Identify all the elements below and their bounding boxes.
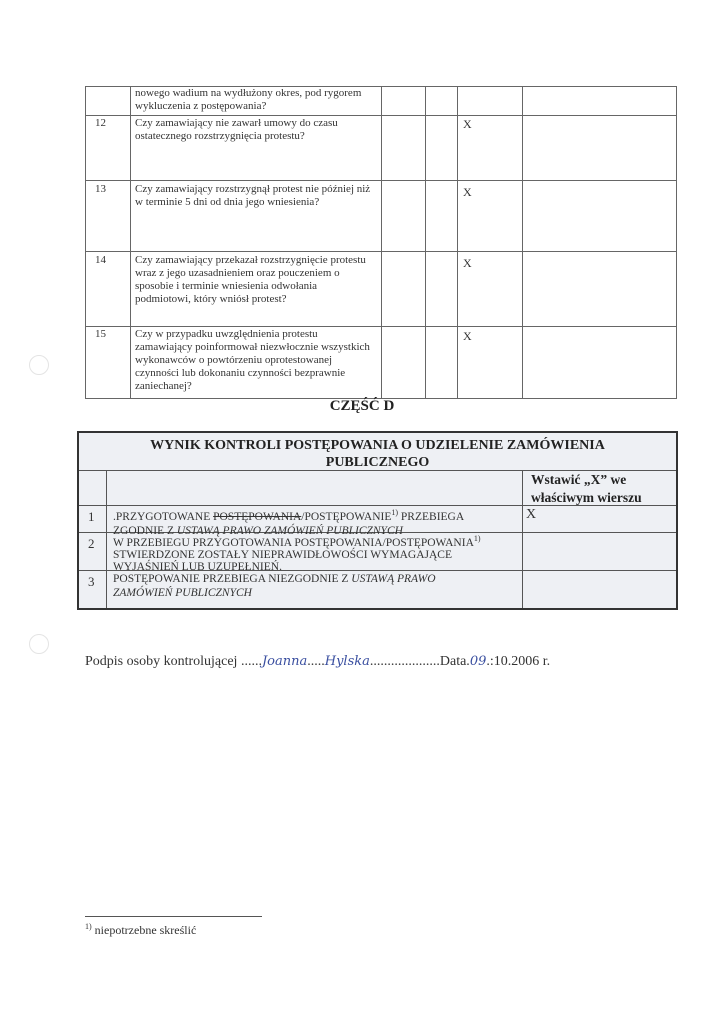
row-number: 14 [95,254,106,267]
law-name: ZAMÓWIEŃ PUBLICZNYCH [113,587,252,599]
question-text: Czy zamawiający rozstrzygnął protest nie… [135,183,380,209]
signature-line: Podpis osoby kontrolującej ......Joanna.… [85,654,550,670]
dots: ...... [241,654,262,669]
text: POSTĘPOWANIE PRZEBIEGA NIEZGODNIE Z [113,573,351,585]
row-number: 15 [95,328,106,341]
date-label: Data. [440,654,470,669]
answer-mark: X [526,507,536,523]
answer-header-line1: Wstawić „X” we [531,471,642,489]
question-text: Czy w przypadku uwzględnienia protestu z… [135,328,370,393]
question-text: Czy zamawiający przekazał rozstrzygnięci… [135,254,375,306]
footnote-marker: 1) [85,922,92,931]
signature-label: Podpis osoby kontrolującej [85,654,241,669]
punch-hole [29,355,49,375]
handwritten-day: 09 [470,654,487,669]
answer-mark: X [463,330,472,343]
question-text: Czy zamawiający nie zawarł umowy do czas… [135,117,380,143]
text: PRZEBIEGA [398,511,464,523]
control-result-table: WYNIK KONTROLI POSTĘPOWANIA O UDZIELENIE… [77,431,678,610]
answer-mark: X [463,118,472,131]
footnote-ref: 1) [474,534,481,543]
dots: .................... [370,654,440,669]
dots: ..... [307,654,325,669]
punch-hole [29,634,49,654]
footnote: 1) niepotrzebne skreślić [85,922,196,938]
text: W PRZEBIEGU PRZYGOTOWANIA POSTĘPOWANIA/P… [113,537,474,549]
answer-column-header: Wstawić „X” we właściwym wierszu [531,471,642,507]
law-name: USTAWĄ PRAWO [351,573,435,585]
text: /POSTĘPOWANIE [301,511,391,523]
result-option-text: POSTĘPOWANIE PRZEBIEGA NIEZGODNIE Z USTA… [113,572,523,600]
handwritten-signature-name: Joanna [262,654,307,669]
answer-mark: X [463,186,472,199]
row-number: 13 [95,183,106,196]
checklist-table-continuation: nowego wadium na wydłużony okres, pod ry… [85,86,677,399]
text: .PRZYGOTOWANE [113,511,213,523]
date-value: .:10.2006 r. [486,654,550,669]
table-title-line1: WYNIK KONTROLI POSTĘPOWANIA O UDZIELENIE… [79,437,676,454]
answer-header-line2: właściwym wierszu [531,489,642,507]
table-title-line2: PUBLICZNEGO [79,454,676,471]
row-number: 12 [95,117,106,130]
text: STWIERDZONE ZOSTAŁY NIEPRAWIDŁOWOŚCI WYM… [113,549,523,561]
handwritten-signature-surname: Hylska [325,654,370,669]
footnote-divider [85,916,262,917]
question-continuation: nowego wadium na wydłużony okres, pod ry… [135,87,380,113]
answer-mark: X [463,257,472,270]
result-option-text: W PRZEBIEGU PRZYGOTOWANIA POSTĘPOWANIA/P… [113,533,523,573]
row-number: 1 [88,509,95,525]
row-number: 3 [88,574,95,590]
struck-text: POSTĘPOWANIA [213,511,301,523]
footnote-text: niepotrzebne skreślić [92,923,197,937]
row-number: 2 [88,536,95,552]
section-title: CZĘŚĆ D [0,398,724,415]
